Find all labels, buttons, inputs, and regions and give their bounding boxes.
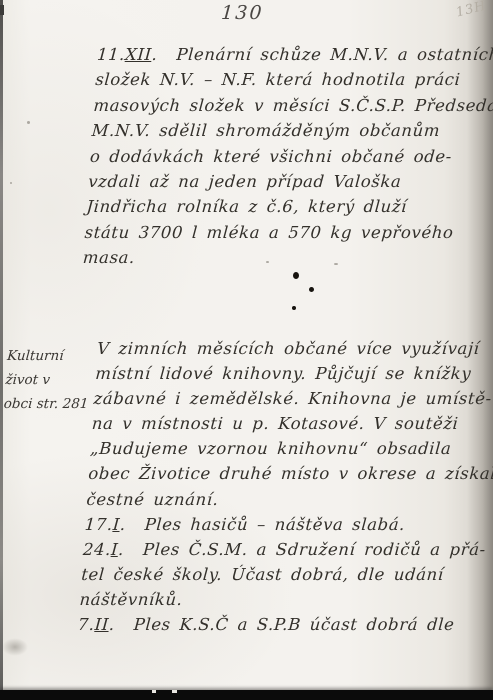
entry-line: M.N.V. sdělil shromážděným občanům xyxy=(91,118,475,143)
entry-line: na v místnosti u p. Kotasové. V soutěži xyxy=(91,411,475,436)
entry-line: V zimních měsících občané více využívají xyxy=(96,336,480,361)
entry-date: 17.I. xyxy=(84,515,126,534)
margin-note-line: Kulturní xyxy=(6,344,100,368)
entry-line: masových složek v měsíci S.Č.S.P. Předse… xyxy=(93,93,477,118)
entry-line: čestné uznání. xyxy=(86,487,470,512)
entry-text: Ples hasičů – náštěva slabá. xyxy=(144,515,406,534)
entry-line: složek N.V. – N.F. která hodnotila práci xyxy=(94,67,478,92)
entry-date: 7.II. xyxy=(77,615,115,634)
entry-line: masa. xyxy=(82,245,466,270)
diary-entry-17-i: 17.I. Ples hasičů – náštěva slabá. xyxy=(84,512,468,537)
entry-text: Plenární schůze M.N.V. a ostatních xyxy=(176,45,493,64)
culture-section: V zimních měsících občané více využívají… xyxy=(77,336,480,637)
entry-line: místní lidové knihovny. Půjčují se knížk… xyxy=(94,361,478,386)
page-number: 130 xyxy=(220,2,264,24)
margin-note: Kulturní život v obci str. 281 xyxy=(3,344,100,416)
roman-numeral: XII xyxy=(125,45,153,64)
paper-speck xyxy=(266,261,269,263)
entry-line: „Budujeme vzornou knihovnu“ obsadila xyxy=(89,436,473,461)
scan-edge-mark xyxy=(0,5,4,15)
entry-line: státu 3700 l mléka a 570 kg vepřového xyxy=(84,220,468,245)
margin-note-line: život v xyxy=(5,368,99,392)
diary-entry-11-xii: 11.XII. Plenární schůze M.N.V. a ostatní… xyxy=(82,42,480,271)
entry-line: 11.XII. Plenární schůze M.N.V. a ostatní… xyxy=(96,42,480,67)
entry-date: 24.I. xyxy=(82,540,124,559)
entry-line: obec Životice druhé místo v okrese a zís… xyxy=(87,461,471,486)
ink-blot xyxy=(293,272,299,279)
ink-blot xyxy=(309,287,314,292)
entry-text: Ples K.S.Č a S.P.B účast dobrá dle xyxy=(133,615,455,634)
scanned-chronicle-page: 130 13H Kulturní život v obci str. 281 1… xyxy=(0,0,493,700)
entry-line: o dodávkách které všichni občané ode- xyxy=(89,144,473,169)
scan-edge-left xyxy=(0,0,3,700)
entry-line: vzdali až na jeden případ Valoška xyxy=(87,169,471,194)
entry-line: zábavné i zemědělské. Knihovna je umístě… xyxy=(93,386,477,411)
entry-line: náštěvníků. xyxy=(79,587,463,612)
scan-bar-notch xyxy=(152,690,156,693)
diary-entry-24-i: 24.I. Ples Č.S.M. a Sdružení rodičů a př… xyxy=(82,537,466,562)
diary-entry-7-ii: 7.II. Ples K.S.Č a S.P.B účast dobrá dle xyxy=(77,612,461,637)
entry-line: Jindřicha rolníka z č.6, který dluží xyxy=(86,194,470,219)
paper-speck xyxy=(27,121,30,124)
paper-speck xyxy=(10,182,12,184)
scan-bottom-bar xyxy=(0,690,493,700)
paper-speck xyxy=(334,263,338,265)
ink-blot xyxy=(292,306,296,310)
margin-note-line: obci str. 281 xyxy=(3,392,97,416)
entry-date: 11.XII. xyxy=(96,45,158,64)
paper-smudge xyxy=(2,638,28,656)
scan-bar-notch xyxy=(172,690,177,693)
entry-line: tel české školy. Účast dobrá, dle udání xyxy=(80,562,464,587)
entry-text: Ples Č.S.M. a Sdružení rodičů a přá- xyxy=(142,540,486,559)
